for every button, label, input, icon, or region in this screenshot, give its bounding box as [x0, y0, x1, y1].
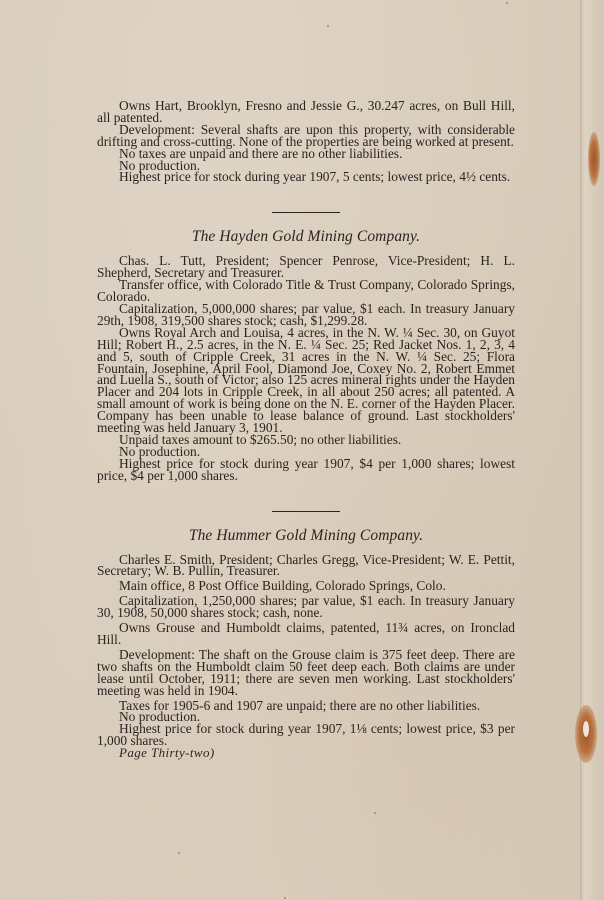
paragraph: Capitalization, 1,250,000 shares; par va…: [97, 595, 515, 619]
paper-fleck: [284, 897, 286, 899]
paragraph: Owns Grouse and Humboldt claims, patente…: [97, 622, 515, 646]
paragraph: Chas. L. Tutt, President; Spencer Penros…: [97, 255, 515, 279]
paragraph: Owns Hart, Brooklyn, Fresno and Jessie G…: [97, 100, 515, 124]
paper-fleck: [327, 25, 329, 27]
section-hayden: The Hayden Gold Mining Company. Chas. L.…: [97, 228, 515, 481]
scanned-page: Owns Hart, Brooklyn, Fresno and Jessie G…: [0, 0, 604, 900]
section-divider: [272, 212, 340, 213]
paragraph: Highest price for stock during year 1907…: [97, 723, 515, 747]
paragraph: Charles E. Smith, President; Charles Gre…: [97, 554, 515, 578]
section-divider: [272, 511, 340, 512]
paragraph: Transfer office, with Colorado Title & T…: [97, 279, 515, 303]
paper-fleck: [178, 852, 180, 854]
paper-fleck: [506, 2, 508, 4]
paragraph: Owns Royal Arch and Louisa, 4 acres, in …: [97, 327, 515, 434]
paragraph: Highest price for stock during year 1907…: [97, 458, 515, 482]
document-body: Owns Hart, Brooklyn, Fresno and Jessie G…: [97, 100, 515, 759]
paragraph: Development: The shaft on the Grouse cla…: [97, 649, 515, 697]
paragraph: Development: Several shafts are upon thi…: [97, 124, 515, 148]
paper-fleck: [374, 812, 376, 814]
paragraph: Capitalization, 5,000,000 shares; par va…: [97, 303, 515, 327]
section-title: The Hummer Gold Mining Company.: [97, 527, 515, 545]
rust-stain-bottom: [575, 705, 597, 763]
page-number-footer: Page Thirty-two): [97, 747, 515, 759]
rust-stain-top: [588, 132, 600, 186]
section-title: The Hayden Gold Mining Company.: [97, 228, 515, 246]
section-hummer: The Hummer Gold Mining Company. Charles …: [97, 527, 515, 748]
intro-section: Owns Hart, Brooklyn, Fresno and Jessie G…: [97, 100, 515, 183]
paragraph: Main office, 8 Post Office Building, Col…: [97, 580, 515, 592]
paragraph: Highest price for stock during year 1907…: [97, 171, 515, 183]
